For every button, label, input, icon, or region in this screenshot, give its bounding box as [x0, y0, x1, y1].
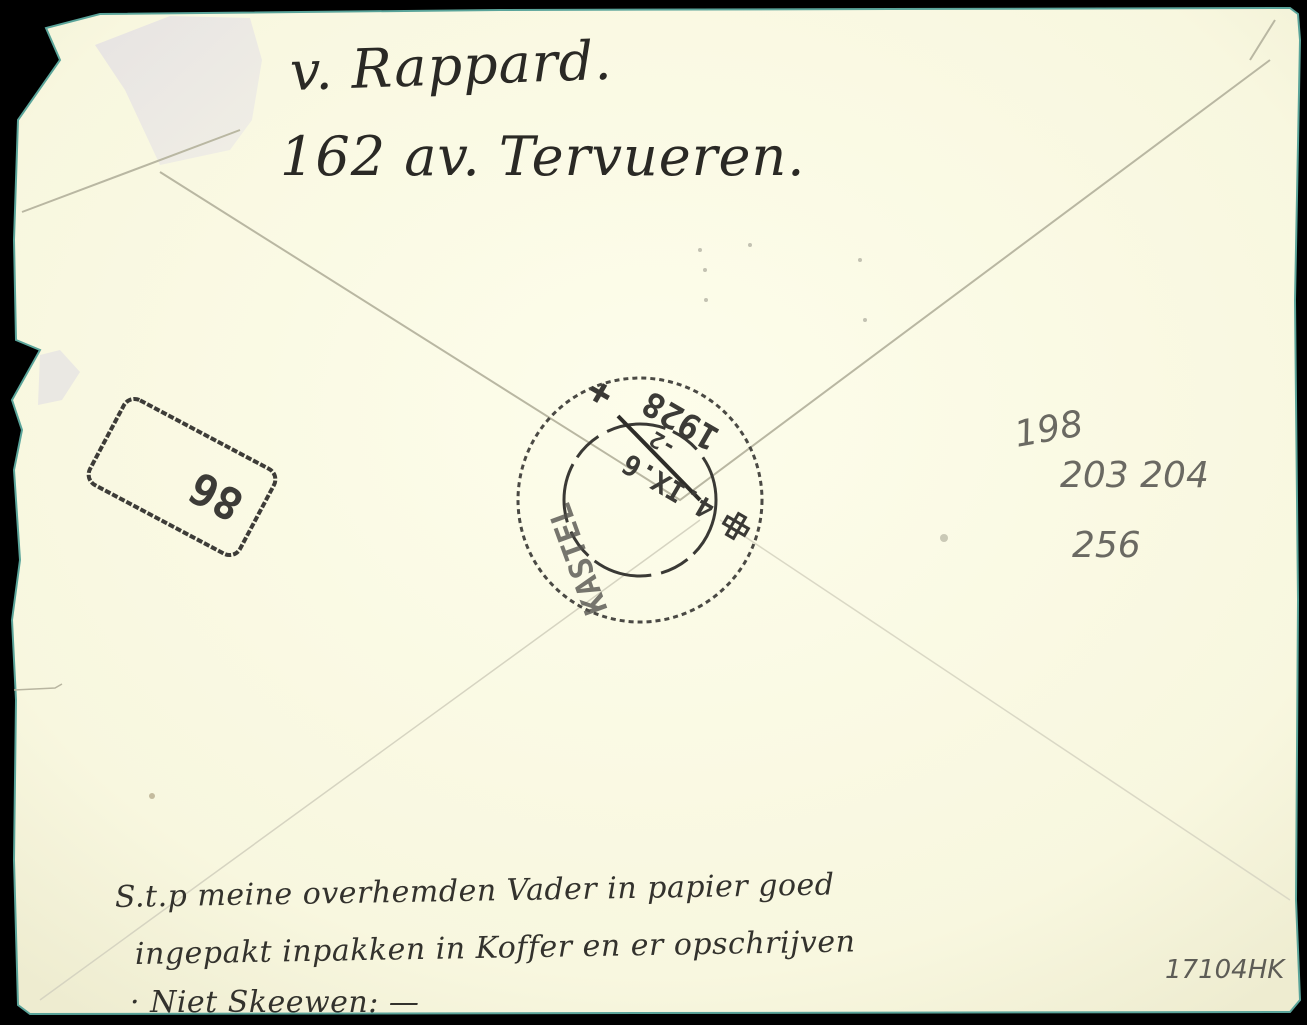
pencil-note-2: 203 204: [1060, 455, 1209, 496]
reference-code: 17104HK: [1165, 955, 1284, 985]
sender-address: 162 av. Tervueren.: [280, 125, 805, 188]
sender-name: v. Rappard.: [289, 29, 613, 103]
pencil-note-3: 256: [1072, 525, 1141, 566]
message-line-3: · Niet Skeewen: —: [130, 985, 419, 1020]
envelope-scan: v. Rappard. 162 av. Tervueren. 86 1928 4…: [0, 0, 1307, 1025]
